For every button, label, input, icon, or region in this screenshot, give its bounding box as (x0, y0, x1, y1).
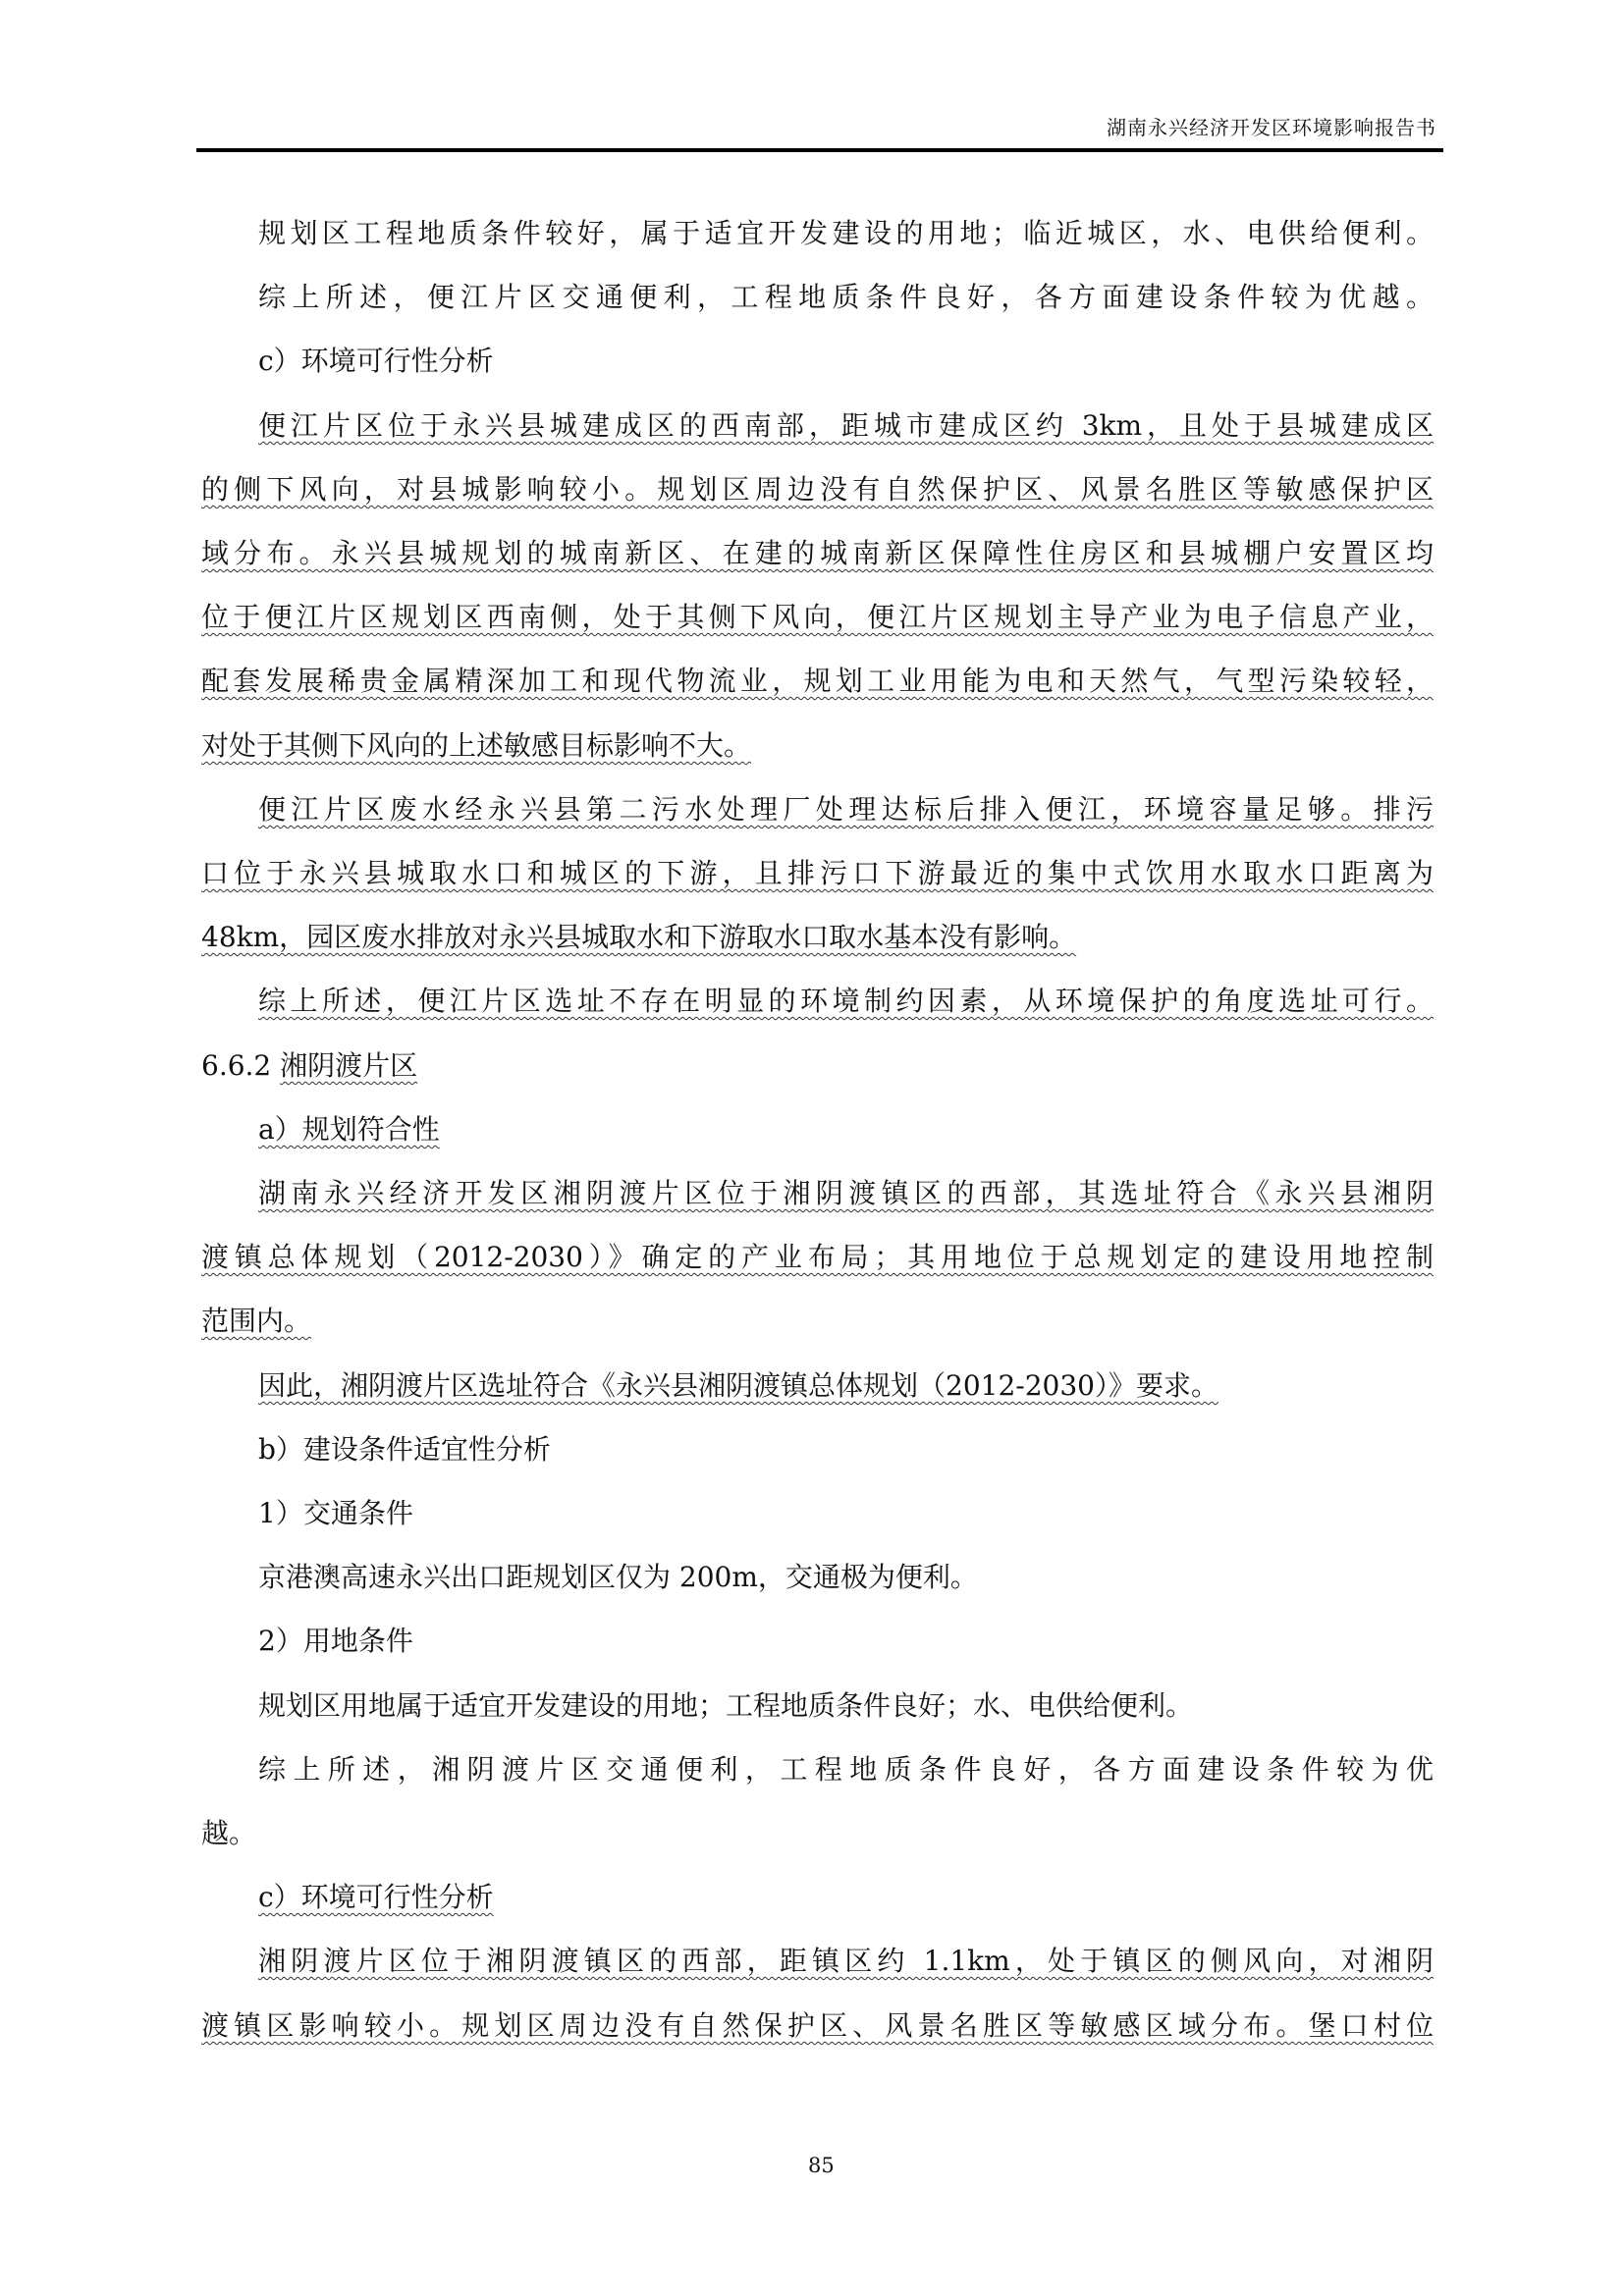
page-number: 85 (808, 2154, 835, 2177)
text-content: 对处于其侧下风向的上述敏感目标影响不大。 (201, 729, 751, 762)
text-line: 综上所述，便江片区选址不存在明显的环境制约因素，从环境保护的角度选址可行。 (258, 980, 1434, 1023)
text-line: 域分布。永兴县城规划的城南新区、在建的城南新区保障性住房区和县城棚户安置区均 (201, 532, 1434, 575)
text-line: 对处于其侧下风向的上述敏感目标影响不大。 (201, 724, 1434, 768)
text-line: 综上所述，湘阴渡片区交通便利，工程地质条件良好，各方面建设条件较为优 (258, 1748, 1434, 1791)
text-content: 规划区用地属于适宜开发建设的用地；工程地质条件良好；水、电供给便利。 (258, 1689, 1193, 1722)
header-rule (196, 148, 1443, 152)
section-title: 湘阴渡片区 (280, 1049, 417, 1082)
text-content: 域分布。永兴县城规划的城南新区、在建的城南新区保障性住房区和县城棚户安置区均 (201, 532, 1434, 575)
text-content: 湘阴渡片区位于湘阴渡镇区的西部，距镇区约 1.1km，处于镇区的侧风向，对湘阴 (258, 1940, 1434, 1983)
text-content: 口位于永兴县城取水口和城区的下游，且排污口下游最近的集中式饮用水取水口距离为 (201, 852, 1434, 895)
text-line: 规划区用地属于适宜开发建设的用地；工程地质条件良好；水、电供给便利。 (258, 1684, 1434, 1728)
text-content: 因此，湘阴渡片区选址符合《永兴县湘阴渡镇总体规划（2012-2030）》要求。 (258, 1369, 1218, 1402)
text-line: 便江片区位于永兴县城建成区的西南部，距城市建成区约 3km，且处于县城建成区 (258, 404, 1434, 448)
text-line: 渡镇区影响较小。规划区周边没有自然保护区、风景名胜区等敏感区域分布。堡口村位 (201, 2004, 1434, 2048)
text-line: 规划区工程地质条件较好，属于适宜开发建设的用地；临近城区，水、电供给便利。 (258, 212, 1434, 255)
text-content: b）建设条件适宜性分析 (258, 1433, 551, 1466)
text-line: 的侧下风向，对县城影响较小。规划区周边没有自然保护区、风景名胜区等敏感保护区 (201, 468, 1434, 511)
section-number: 6.6.2 (201, 1049, 280, 1082)
text-line: 配套发展稀贵金属精深加工和现代物流业，规划工业用能为电和天然气，气型污染较轻， (201, 660, 1434, 703)
text-content: 配套发展稀贵金属精深加工和现代物流业，规划工业用能为电和天然气，气型污染较轻， (201, 660, 1434, 703)
text-line: c）环境可行性分析 (258, 1876, 1434, 1919)
text-line: b）建设条件适宜性分析 (258, 1428, 1434, 1471)
text-line: 因此，湘阴渡片区选址符合《永兴县湘阴渡镇总体规划（2012-2030）》要求。 (258, 1364, 1434, 1408)
text-content: 的侧下风向，对县城影响较小。规划区周边没有自然保护区、风景名胜区等敏感保护区 (201, 468, 1434, 511)
text-content: c）环境可行性分析 (258, 345, 494, 377)
text-line: 湖南永兴经济开发区湘阴渡片区位于湘阴渡镇区的西部，其选址符合《永兴县湘阴 (258, 1172, 1434, 1215)
text-content: 位于便江片区规划区西南侧，处于其侧下风向，便江片区规划主导产业为电子信息产业， (201, 596, 1434, 639)
text-line: 48km，园区废水排放对永兴县城取水和下游取水口取水基本没有影响。 (201, 916, 1434, 959)
text-content: 综上所述，便江片区选址不存在明显的环境制约因素，从环境保护的角度选址可行。 (258, 980, 1434, 1023)
running-header-title: 湖南永兴经济开发区环境影响报告书 (1107, 115, 1436, 140)
text-content: 综上所述，便江片区交通便利，工程地质条件良好，各方面建设条件较为优越。 (258, 276, 1434, 319)
text-content: 综上所述，湘阴渡片区交通便利，工程地质条件良好，各方面建设条件较为优 (258, 1748, 1434, 1791)
text-content: 便江片区位于永兴县城建成区的西南部，距城市建成区约 3km，且处于县城建成区 (258, 404, 1434, 448)
text-content: 京港澳高速永兴出口距规划区仅为 200m，交通极为便利。 (258, 1561, 978, 1593)
text-line: 渡镇总体规划（2012-2030）》确定的产业布局；其用地位于总规划定的建设用地… (201, 1236, 1434, 1279)
text-content: 渡镇总体规划（2012-2030）》确定的产业布局；其用地位于总规划定的建设用地… (201, 1236, 1434, 1279)
text-line: 1）交通条件 (258, 1492, 1434, 1535)
text-content: 湖南永兴经济开发区湘阴渡片区位于湘阴渡镇区的西部，其选址符合《永兴县湘阴 (258, 1172, 1434, 1215)
text-content: 1）交通条件 (258, 1497, 413, 1529)
text-line: 口位于永兴县城取水口和城区的下游，且排污口下游最近的集中式饮用水取水口距离为 (201, 852, 1434, 895)
text-line: 湘阴渡片区位于湘阴渡镇区的西部，距镇区约 1.1km，处于镇区的侧风向，对湘阴 (258, 1940, 1434, 1983)
text-line: a）规划符合性 (258, 1108, 1434, 1151)
text-content: a）规划符合性 (258, 1113, 440, 1146)
text-content: c）环境可行性分析 (258, 1881, 494, 1913)
text-line: 越。 (201, 1812, 1434, 1855)
text-content: 2）用地条件 (258, 1625, 413, 1657)
text-line: 综上所述，便江片区交通便利，工程地质条件良好，各方面建设条件较为优越。 (258, 276, 1434, 319)
text-line: 位于便江片区规划区西南侧，处于其侧下风向，便江片区规划主导产业为电子信息产业， (201, 596, 1434, 639)
text-line: c）环境可行性分析 (258, 340, 1434, 383)
text-content: 范围内。 (201, 1305, 311, 1337)
text-line: 6.6.2 湘阴渡片区 (201, 1044, 1434, 1088)
text-content: 越。 (201, 1817, 256, 1849)
text-line: 便江片区废水经永兴县第二污水处理厂处理达标后排入便江，环境容量足够。排污 (258, 788, 1434, 831)
text-content: 渡镇区影响较小。规划区周边没有自然保护区、风景名胜区等敏感区域分布。堡口村位 (201, 2004, 1434, 2048)
text-content: 48km，园区废水排放对永兴县城取水和下游取水口取水基本没有影响。 (201, 921, 1076, 953)
text-line: 2）用地条件 (258, 1620, 1434, 1663)
text-content: 规划区工程地质条件较好，属于适宜开发建设的用地；临近城区，水、电供给便利。 (258, 212, 1434, 255)
text-content: 便江片区废水经永兴县第二污水处理厂处理达标后排入便江，环境容量足够。排污 (258, 788, 1434, 831)
text-line: 范围内。 (201, 1300, 1434, 1343)
text-line: 京港澳高速永兴出口距规划区仅为 200m，交通极为便利。 (258, 1556, 1434, 1599)
